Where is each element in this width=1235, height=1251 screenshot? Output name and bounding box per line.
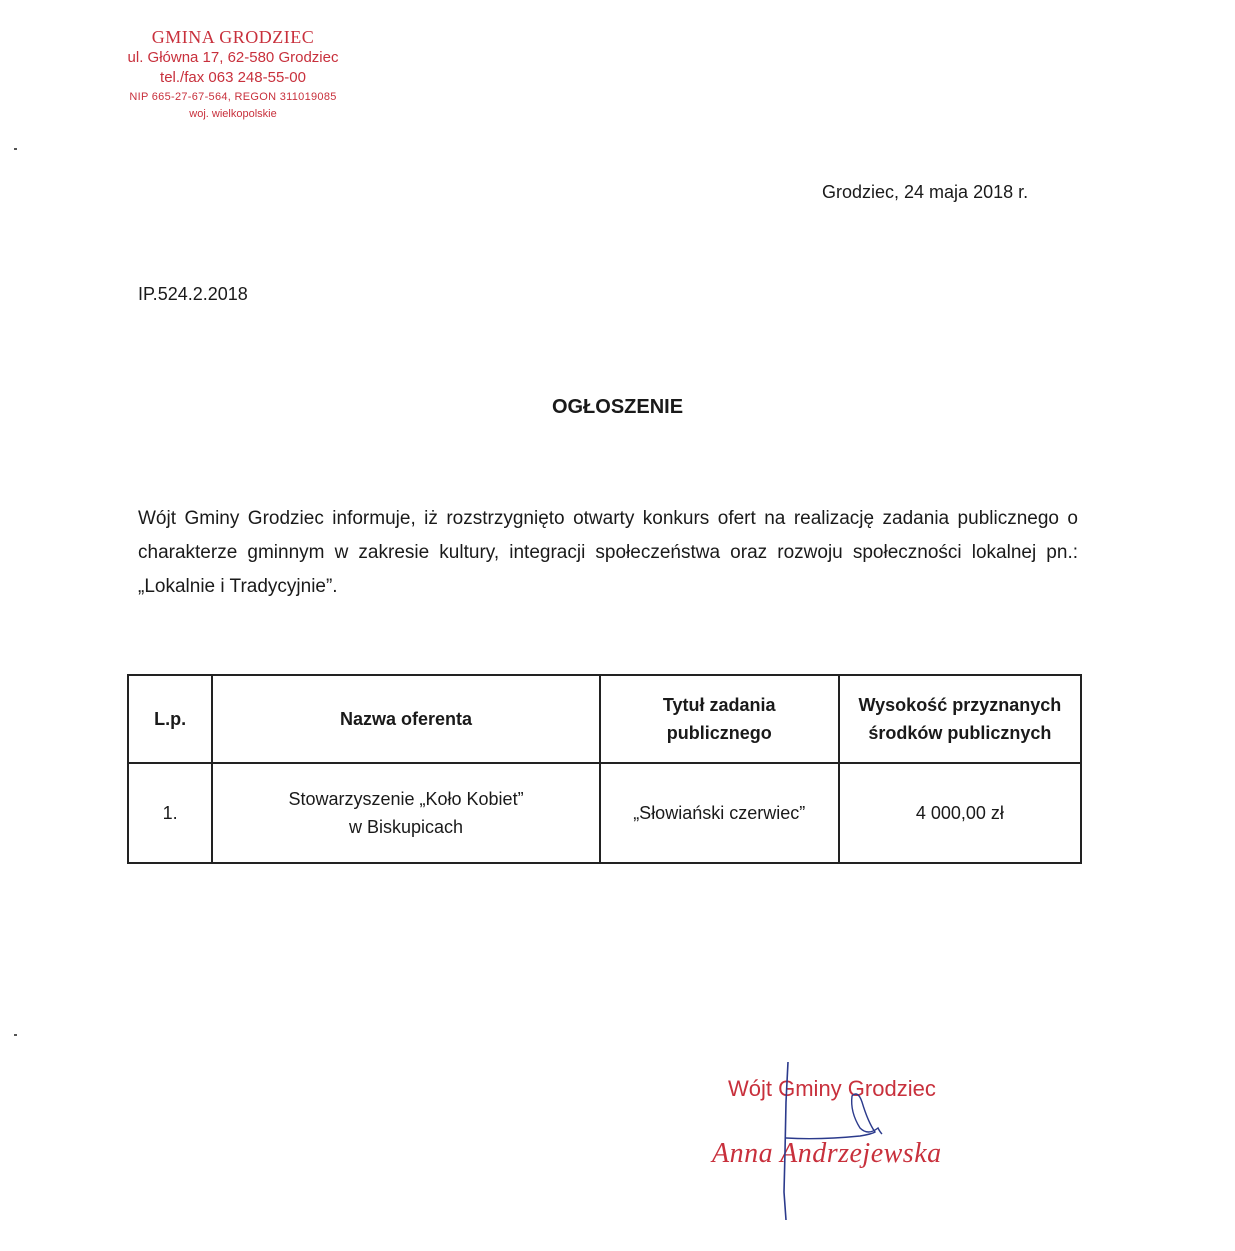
cell-lp: 1. [128, 763, 212, 863]
stamp-address: ul. Główna 17, 62-580 Grodziec [88, 48, 378, 68]
stamp-phone: tel./fax 063 248-55-00 [88, 68, 378, 88]
header-kwota: Wysokość przyznanych środków publicznych [839, 675, 1081, 763]
table-row: 1. Stowarzyszenie „Koło Kobiet” w Biskup… [128, 763, 1081, 863]
scan-mark [14, 148, 17, 150]
cell-tytul: „Słowiański czerwiec” [600, 763, 839, 863]
stamp-region: woj. wielkopolskie [88, 106, 378, 122]
document-title: OGŁOSZENIE [0, 396, 1235, 419]
stamp-ids: NIP 665-27-67-564, REGON 311019085 [88, 88, 378, 106]
municipality-stamp: GMINA GRODZIEC ul. Główna 17, 62-580 Gro… [88, 26, 378, 122]
announcement-body: Wójt Gminy Grodziec informuje, iż rozstr… [138, 502, 1078, 604]
header-oferent: Nazwa oferenta [212, 675, 599, 763]
handwritten-signature-icon [700, 1062, 980, 1232]
cell-kwota: 4 000,00 zł [839, 763, 1081, 863]
table-header-row: L.p. Nazwa oferenta Tytuł zadania public… [128, 675, 1081, 763]
results-table: L.p. Nazwa oferenta Tytuł zadania public… [127, 674, 1082, 864]
header-tytul: Tytuł zadania publicznego [600, 675, 839, 763]
reference-number: IP.524.2.2018 [138, 284, 248, 305]
cell-oferent: Stowarzyszenie „Koło Kobiet” w Biskupica… [212, 763, 599, 863]
place-date: Grodziec, 24 maja 2018 r. [822, 182, 1028, 203]
stamp-name: GMINA GRODZIEC [88, 26, 378, 48]
scan-mark [14, 1034, 17, 1036]
header-lp: L.p. [128, 675, 212, 763]
